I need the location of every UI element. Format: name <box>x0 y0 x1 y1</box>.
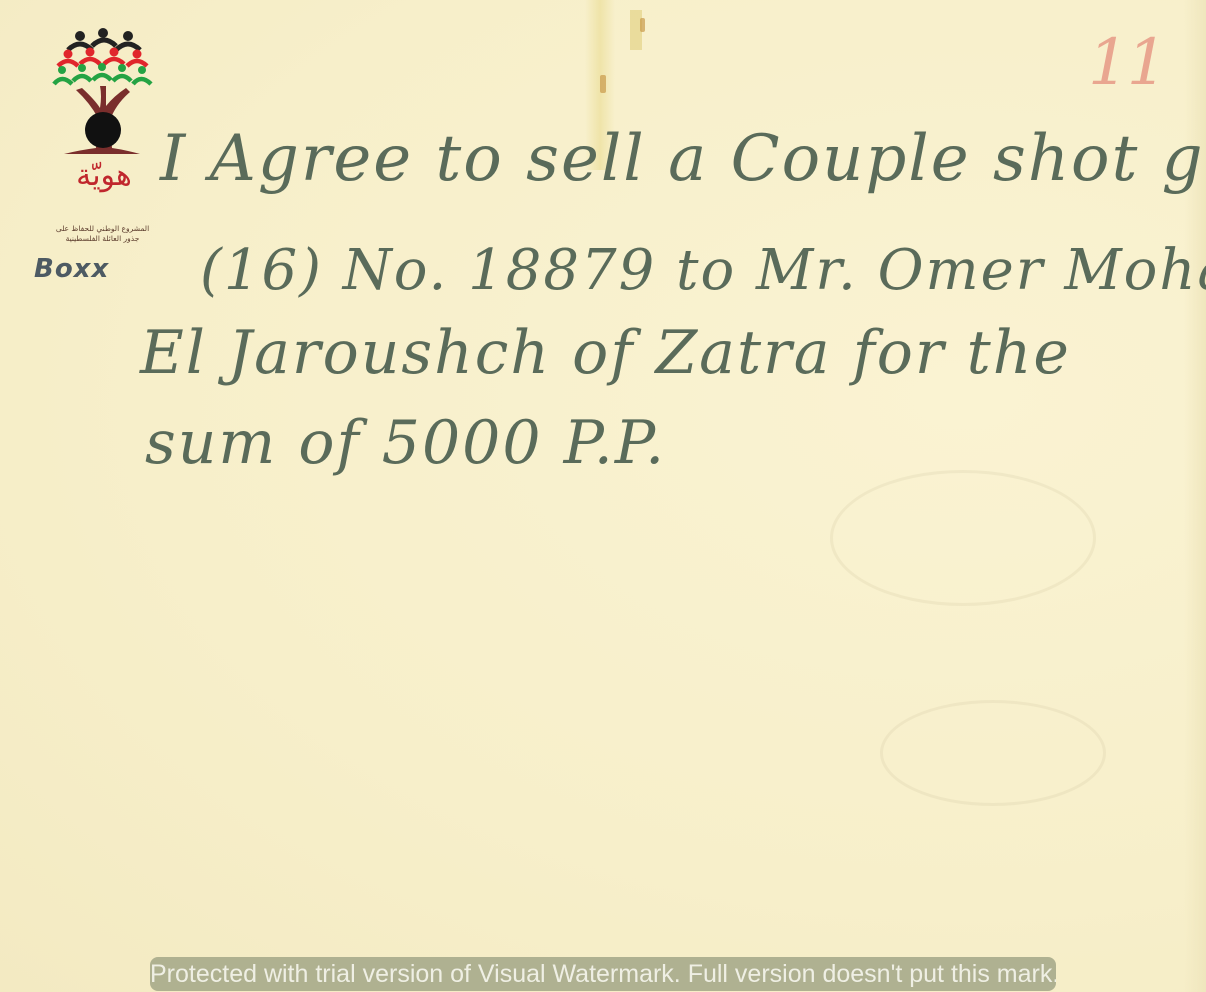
rust-stain <box>600 75 606 93</box>
logo-title: هويّة <box>54 158 154 193</box>
stamped-label: Boxx <box>34 254 109 284</box>
logo-subtitle-line2: جذور العائلة الفلسطينية <box>40 234 165 244</box>
handwritten-line-4: sum of 5000 P.P. <box>145 408 666 478</box>
corner-page-number: 11 <box>1088 26 1165 100</box>
logo-subtitle: المشروع الوطني للحفاظ على جذور العائلة ا… <box>40 224 165 244</box>
handwritten-line-2: (16) No. 18879 to Mr. Omer Mohamed <box>200 238 1206 303</box>
handwritten-line-3: El Jaroushch of Zatra for the <box>140 318 1071 388</box>
faint-backside-stamp <box>880 700 1106 806</box>
handwritten-line-1: I Agree to sell a Couple shot gun <box>160 122 1206 196</box>
black-dot-mark <box>85 112 121 148</box>
rust-stain <box>640 18 645 32</box>
hawiya-logo: هويّة المشروع الوطني للحفاظ على جذور الع… <box>40 28 165 250</box>
trial-watermark-banner: Protected with trial version of Visual W… <box>150 957 1056 991</box>
faint-backside-stamp <box>830 470 1096 606</box>
logo-subtitle-line1: المشروع الوطني للحفاظ على <box>40 224 165 234</box>
